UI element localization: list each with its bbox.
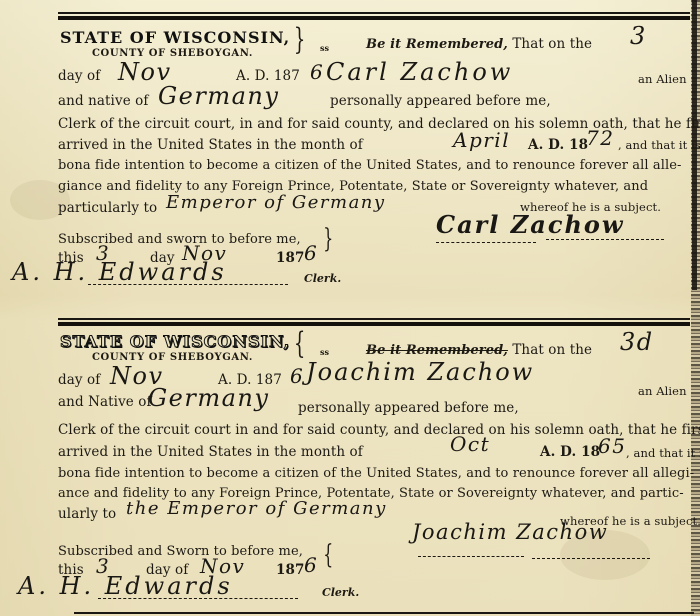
clerk-signature-line [98, 598, 298, 599]
handwritten-country: Germany [148, 384, 269, 412]
handwritten-country: Germany [158, 82, 279, 110]
subscribed-text: Subscribed and Sworn to before me, [58, 544, 303, 559]
header-rule-thin [58, 12, 690, 14]
applicant-signature: Joachim Zachow [412, 520, 608, 544]
handwritten-day-number: 3d [620, 328, 654, 356]
bona-fide-text: bona fide intention to become a citizen … [58, 158, 682, 173]
state-title: STATE OF WISCONSIN, [60, 28, 290, 47]
handwritten-sworn-year-digit: 6 [304, 241, 318, 265]
handwritten-arrival-month: April [453, 128, 510, 152]
subscribed-text: Subscribed and sworn to before me, [58, 232, 301, 247]
clerk-signature-line [88, 284, 288, 285]
that-on-the: That on the [512, 36, 592, 52]
particularly-to-label: particularly to [58, 200, 157, 216]
signature-line [532, 558, 650, 559]
ss-mark: ss [320, 43, 329, 53]
an-alien-label: an Alien [638, 72, 687, 86]
signature-line [418, 556, 524, 557]
declaration-form-1: STATE OF WISCONSIN, COUNTY OF SHEBOYGAN.… [58, 10, 690, 290]
remembered-line: Be it Remembered, That on the [366, 36, 592, 52]
handwritten-sovereign: the Emperor of Germany [126, 498, 387, 519]
handwritten-day-number: 3 [630, 22, 647, 50]
header-rule-thick [58, 16, 690, 20]
brace-symbol: { [323, 540, 333, 570]
handwritten-arrival-month: Oct [450, 432, 490, 456]
clerk-signature: A. H. Edwards [12, 258, 227, 286]
footer-rule [74, 612, 694, 614]
brace-symbol: } [294, 22, 305, 57]
handwritten-arrival-year: 72 [586, 126, 614, 150]
handwritten-applicant-name: Carl Zachow [326, 58, 513, 86]
arrived-label: arrived in the United States in the mont… [58, 444, 363, 460]
arrival-ad-label: A. D. 18 [528, 137, 588, 153]
appeared-before-label: personally appeared before me, [298, 400, 519, 416]
county-title: COUNTY OF SHEBOYGAN. [92, 48, 253, 59]
clerk-label: Clerk. [304, 272, 341, 285]
day-of-label: day of [58, 372, 100, 388]
clerk-label: Clerk. [322, 586, 359, 599]
brace-symbol: { [294, 326, 305, 361]
handwritten-sworn-year-digit: 6 [304, 553, 318, 577]
that-it-is-his-text: , and that it is his [626, 446, 700, 460]
bona-fide-text: bona fide intention to become a citizen … [58, 466, 694, 481]
handwritten-year-digit: 6 [290, 364, 304, 388]
header-rule-thin [58, 318, 690, 320]
declaration-form-2: STATE OF WISCONSIN, COUNTY OF SHEBOYGAN.… [58, 318, 690, 608]
particularly-to-label: ularly to [58, 506, 116, 522]
signature-line [436, 242, 536, 243]
native-of-label: and native of [58, 93, 149, 109]
that-it-is-his-text: , and that it is his [618, 138, 700, 152]
state-title: STATE OF WISCONSIN, [60, 332, 290, 351]
handwritten-arrival-year: 65 [598, 434, 626, 458]
be-it-remembered: Be it Remembered, [366, 37, 508, 52]
handwritten-year-digit: 6 [310, 60, 324, 84]
that-on-the: That on the [512, 342, 592, 358]
an-alien-label: an Alien [638, 384, 687, 398]
native-of-label: and Native of [58, 394, 152, 410]
appeared-before-label: personally appeared before me, [330, 93, 551, 109]
day-of-label: day of [58, 68, 100, 84]
ss-mark: ss [320, 347, 329, 357]
brace-symbol: } [323, 224, 333, 254]
remembered-line: Be it Remembered, That on the [366, 342, 592, 358]
handwritten-applicant-name: Joachim Zachow [306, 358, 534, 386]
be-it-remembered: Be it Remembered, [366, 343, 508, 358]
arrival-ad-label: A. D. 18 [540, 444, 600, 460]
sworn-year-label: 187 [276, 562, 304, 578]
signature-line [546, 239, 664, 240]
header-rule-thick [58, 322, 690, 326]
sworn-year-label: 187 [276, 250, 304, 266]
handwritten-sovereign: Emperor of Germany [166, 192, 386, 213]
applicant-signature: Carl Zachow [436, 210, 625, 239]
arrived-label: arrived in the United States in the mont… [58, 137, 363, 153]
document-page: STATE OF WISCONSIN, COUNTY OF SHEBOYGAN.… [0, 0, 700, 616]
clerk-signature: A. H. Edwards [18, 572, 233, 600]
